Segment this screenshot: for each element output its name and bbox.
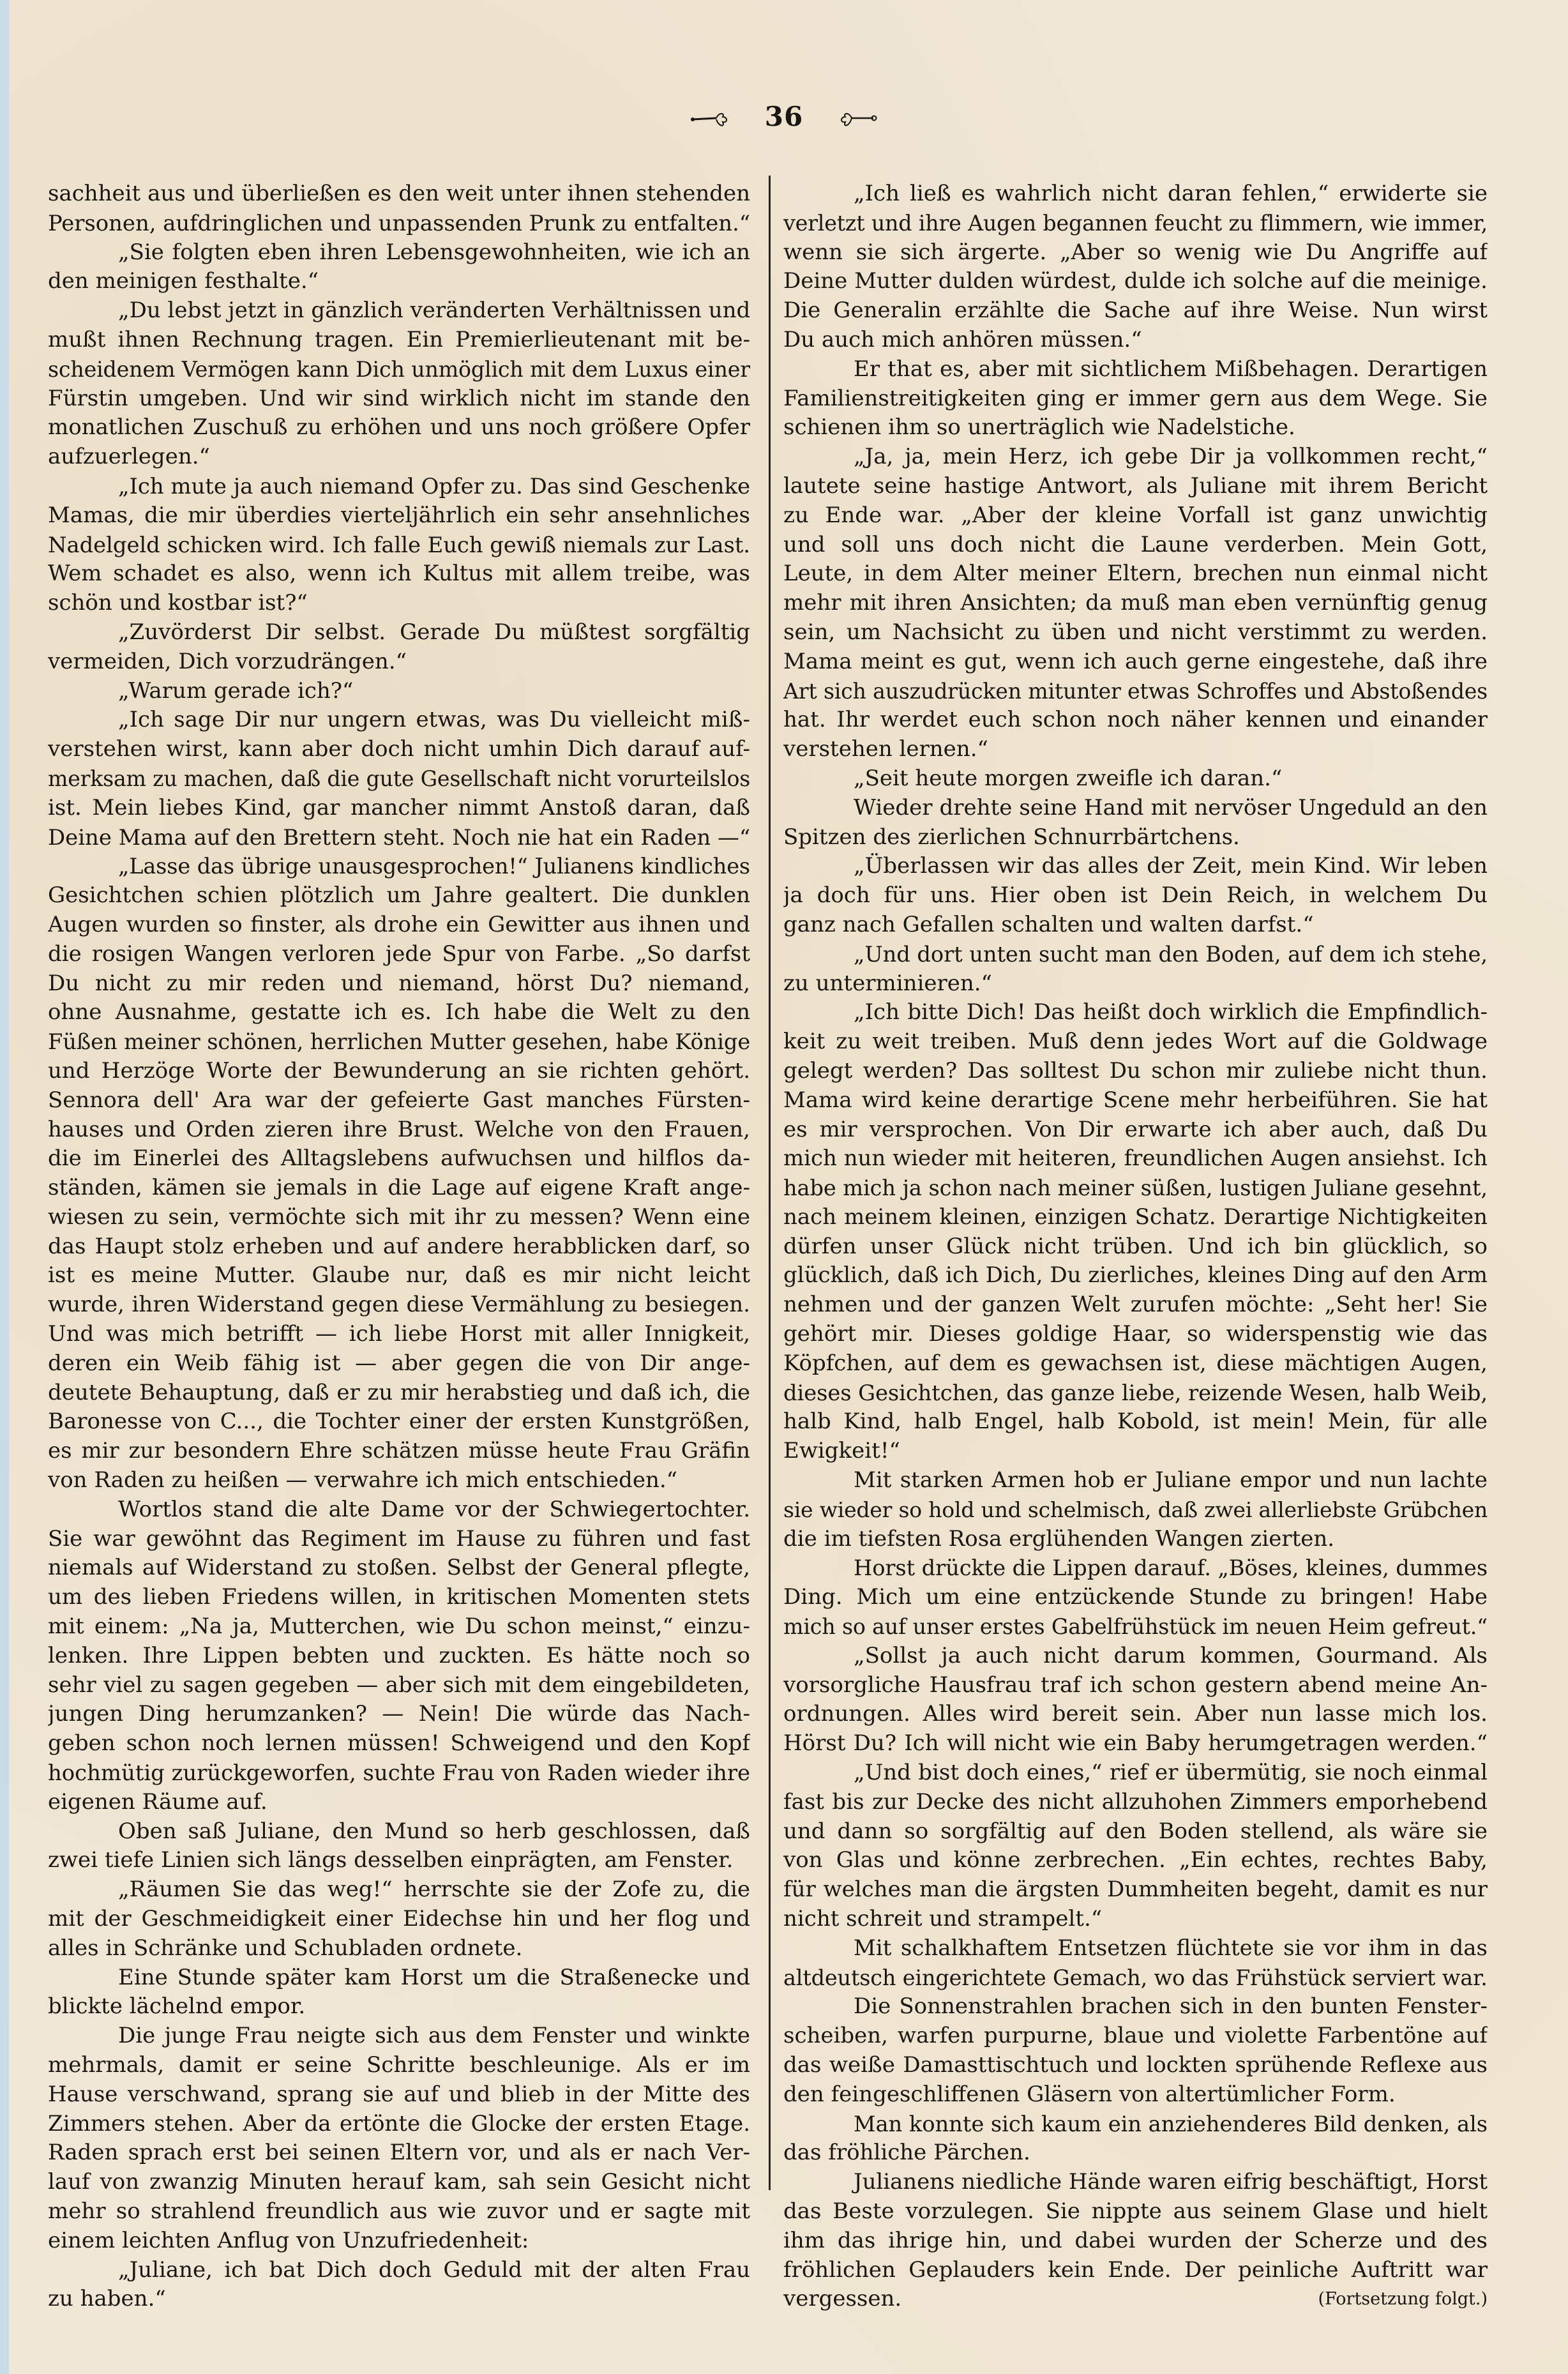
text-line: glücklich, daß ich Dich, Du zierliches, … xyxy=(783,1261,1488,1290)
text-line: mich so auf unser erstes Gabelfrühstück … xyxy=(783,1612,1488,1642)
text-line: mehr mit ihren Ansichten; da muß man ebe… xyxy=(783,589,1488,618)
text-line: wiesen zu sein, vermöchte sich mit ihr z… xyxy=(48,1203,750,1232)
text-line: wenn sie sich ärgerte. „Aber so wenig wi… xyxy=(783,238,1488,268)
text-line: „Sie folgten eben ihren Lebensgewohnheit… xyxy=(48,238,750,268)
text-line: Mamas, die mir überdies vierteljährlich … xyxy=(48,501,750,531)
text-line: Man konnte sich kaum ein anziehenderes B… xyxy=(783,2110,1488,2139)
text-line: und Herzöge Worte der Bewunderung an sie… xyxy=(48,1057,750,1086)
text-line: monatlichen Zuschuß zu erhöhen und uns n… xyxy=(48,413,750,442)
text-line: das fröhliche Pärchen. xyxy=(783,2138,1488,2168)
text-line: sehr viel zu sagen gegeben — aber sich m… xyxy=(48,1671,750,1700)
text-line: lauf von zwanzig Minuten herauf kam, sah… xyxy=(48,2168,750,2197)
text-line: Spitzen des zierlichen Schnurrbärtchens. xyxy=(783,823,1488,852)
text-line: Deine Mutter dulden würdest, dulde ich s… xyxy=(783,267,1488,296)
text-line: „Überlassen wir das alles der Zeit, mein… xyxy=(783,852,1488,881)
text-line: „Sollst ja auch nicht darum kommen, Gour… xyxy=(783,1642,1488,1671)
text-line: „Lasse das übrige unausgesprochen!“ Juli… xyxy=(48,852,750,881)
text-line: um des lieben Friedens willen, in kritis… xyxy=(48,1583,750,1612)
text-line: alles in Schränke und Schubladen ordnete… xyxy=(48,1934,750,1963)
text-line: eigenen Räume auf. xyxy=(48,1788,750,1817)
text-line: Du auch mich anhören müssen.“ xyxy=(783,326,1488,355)
text-line: Familienstreitigkeiten ging er immer ger… xyxy=(783,384,1488,414)
text-line: ist es meine Mutter. Glaube nur, daß es … xyxy=(48,1261,750,1290)
text-line: Augen wurden so finster, als drohe ein G… xyxy=(48,911,750,940)
text-line: Wieder drehte seine Hand mit nervöser Un… xyxy=(783,794,1488,823)
text-line: Fürstin umgeben. Und wir sind wirklich n… xyxy=(48,384,750,414)
text-line: es mir versprochen. Von Dir erwarte ich … xyxy=(783,1115,1488,1145)
text-line: Oben saß Juliane, den Mund so herb gesch… xyxy=(48,1817,750,1847)
text-line: von Glas und könne zerbrechen. „Ein echt… xyxy=(783,1846,1488,1875)
text-line: Ewigkeit!“ xyxy=(783,1437,1488,1466)
text-line: Nadelgeld schicken wird. Ich falle Euch … xyxy=(48,531,750,560)
text-line: „Zuvörderst Dir selbst. Gerade Du müßtes… xyxy=(48,618,750,647)
text-line: sachheit aus und überließen es den weit … xyxy=(48,179,750,209)
text-line: deutete Behauptung, daß er zu mir herabs… xyxy=(48,1379,750,1408)
text-line: habe mich ja schon nach meiner süßen, lu… xyxy=(783,1174,1488,1203)
text-line: „Und bist doch eines,“ rief er übermütig… xyxy=(783,1758,1488,1788)
text-line: hauses und Orden zieren ihre Brust. Welc… xyxy=(48,1115,750,1145)
ornament-left-icon xyxy=(691,103,729,135)
text-line: zu Ende war. „Aber der kleine Vorfall is… xyxy=(783,501,1488,531)
text-line: Hause verschwand, sprang sie auf und bli… xyxy=(48,2080,750,2110)
text-line: ordnungen. Alles wird bereit sein. Aber … xyxy=(783,1700,1488,1729)
text-line: Personen, aufdringlichen und unpassenden… xyxy=(48,209,750,238)
scan-edge xyxy=(0,0,9,2374)
text-line: mehrmals, damit er seine Schritte beschl… xyxy=(48,2051,750,2080)
text-line: Leute, in dem Alter meiner Eltern, brech… xyxy=(783,559,1488,589)
text-line: zu unterminieren.“ xyxy=(783,969,1488,999)
text-line: Mit starken Armen hob er Juliane empor u… xyxy=(783,1466,1488,1495)
text-line: wurde, ihren Widerstand gegen diese Verm… xyxy=(48,1290,750,1320)
text-line: Sennora dell' Ara war der gefeierte Gast… xyxy=(48,1086,750,1115)
text-line: mehr so strahlend freundlich aus wie zuv… xyxy=(48,2197,750,2227)
text-line: zwei tiefe Linien sich längs desselben e… xyxy=(48,1846,750,1875)
text-line: mit der Geschmeidigkeit einer Eidechse h… xyxy=(48,1905,750,1934)
page-header: 36 xyxy=(0,101,1568,135)
text-line: merksam zu machen, daß die gute Gesellsc… xyxy=(48,764,750,794)
text-line: den meinigen festhalte.“ xyxy=(48,267,750,296)
text-line: dieses Gesichtchen, das ganze liebe, rei… xyxy=(783,1379,1488,1408)
ornament-right-icon xyxy=(839,103,877,135)
text-line: Art sich auszudrücken mitunter etwas Sch… xyxy=(783,677,1488,706)
text-line: sein, um Nachsicht zu üben und nicht ver… xyxy=(783,618,1488,647)
text-line: Hörst Du? Ich will nicht wie ein Baby he… xyxy=(783,1729,1488,1758)
column-divider xyxy=(769,176,771,2190)
text-line: „Und dort unten sucht man den Boden, auf… xyxy=(783,940,1488,969)
text-line: Du nicht zu mir reden und niemand, hörst… xyxy=(48,969,750,999)
text-line: zu haben.“ xyxy=(48,2285,750,2314)
text-line: ständen, kämen sie jemals in die Lage au… xyxy=(48,1174,750,1203)
text-line: hochmütig zurückgeworfen, suchte Frau vo… xyxy=(48,1758,750,1788)
text-line: ihm das ihrige hin, und dabei wurden der… xyxy=(783,2227,1488,2256)
text-line: lenken. Ihre Lippen bebten und zuckten. … xyxy=(48,1642,750,1671)
text-line: Mit schalkhaftem Entsetzen flüchtete sie… xyxy=(783,1934,1488,1963)
text-line: verstehen wirst, kann aber doch nicht um… xyxy=(48,735,750,764)
text-line: „Juliane, ich bat Dich doch Geduld mit d… xyxy=(48,2256,750,2285)
text-line: „Ich mute ja auch niemand Opfer zu. Das … xyxy=(48,472,750,501)
text-line: das Beste vorzulegen. Sie nippte aus sei… xyxy=(783,2197,1488,2227)
text-line: ist. Mein liebes Kind, gar mancher nimmt… xyxy=(48,794,750,823)
text-line: „Räumen Sie das weg!“ herrschte sie der … xyxy=(48,1875,750,1905)
text-line: mußt ihnen Rechnung tragen. Ein Premierl… xyxy=(48,326,750,355)
text-line: Sie war gewöhnt das Regiment im Hause zu… xyxy=(48,1525,750,1554)
text-line: gelegt werden? Das solltest Du schon mir… xyxy=(783,1057,1488,1086)
text-line: das Haupt stolz erheben und auf andere h… xyxy=(48,1232,750,1262)
text-line: ganz nach Gefallen schalten und walten d… xyxy=(783,911,1488,940)
text-line: ja doch für uns. Hier oben ist Dein Reic… xyxy=(783,881,1488,911)
text-line: Raden sprach erst bei seinen Eltern vor,… xyxy=(48,2138,750,2168)
text-line: aufzuerlegen.“ xyxy=(48,442,750,472)
text-line: das weiße Damasttischtuch und lockten sp… xyxy=(783,2051,1488,2080)
text-line: Wem schadet es also, wenn ich Kultus mit… xyxy=(48,559,750,589)
text-line: und soll uns doch nicht die Laune verder… xyxy=(783,531,1488,560)
right-column: „Ich ließ es wahrlich nicht daran fehlen… xyxy=(783,179,1488,2314)
text-line: von Raden zu heißen — verwahre ich mich … xyxy=(48,1466,750,1495)
text-line: Er that es, aber mit sichtlichem Mißbeha… xyxy=(783,355,1488,384)
text-line: einem leichten Anflug von Unzufriedenhei… xyxy=(48,2227,750,2256)
text-line: vergessen.(Fortsetzung folgt.) xyxy=(783,2285,1488,2314)
text-line: jungen Ding herumzanken? — Nein! Die wür… xyxy=(48,1700,750,1729)
text-line: scheidenem Vermögen kann Dich unmöglich … xyxy=(48,355,750,384)
text-line: verletzt und ihre Augen begannen feucht … xyxy=(783,209,1488,238)
text-line: Köpfchen, auf dem es gewachsen ist, dies… xyxy=(783,1349,1488,1379)
text-line: Und was mich betrifft — ich liebe Horst … xyxy=(48,1320,750,1349)
text-line: schienen ihm so unerträglich wie Nadelst… xyxy=(783,413,1488,442)
text-line: scheiben, warfen purpurne, blaue und vio… xyxy=(783,2022,1488,2051)
text-line: Die Generalin erzählte die Sache auf ihr… xyxy=(783,296,1488,326)
text-line: Deine Mama auf den Brettern steht. Noch … xyxy=(48,823,750,852)
text-line: vorsorgliche Hausfrau traf ich schon ges… xyxy=(783,1671,1488,1700)
text-line: den feingeschliffenen Gläsern von altert… xyxy=(783,2080,1488,2110)
text-line: blickte lächelnd empor. xyxy=(48,1992,750,2022)
text-line: verstehen lernen.“ xyxy=(783,735,1488,764)
text-line: Mama wird keine derartige Scene mehr her… xyxy=(783,1086,1488,1115)
text-line: mich nun wieder mit heiteren, freundlich… xyxy=(783,1144,1488,1174)
text-line: hat. Ihr werdet euch schon noch näher ke… xyxy=(783,706,1488,735)
text-line: lautete seine hastige Antwort, als Julia… xyxy=(783,472,1488,501)
text-line: „Seit heute morgen zweifle ich daran.“ xyxy=(783,764,1488,794)
page-number: 36 xyxy=(765,101,803,132)
text-line: Ding. Mich um eine entzückende Stunde zu… xyxy=(783,1583,1488,1612)
text-line: Julianens niedliche Hände waren eifrig b… xyxy=(783,2168,1488,2197)
text-line: fröhlichen Geplauders kein Ende. Der pei… xyxy=(783,2256,1488,2285)
text-line: es mir zur besondern Ehre schätzen müsse… xyxy=(48,1437,750,1466)
text-line: die rosigen Wangen verloren jede Spur vo… xyxy=(48,940,750,969)
text-line: geben schon noch lernen müssen! Schweige… xyxy=(48,1729,750,1758)
text-line: die im Einerlei des Alltagslebens aufwuc… xyxy=(48,1144,750,1174)
text-line: nicht schreit und strampelt.“ xyxy=(783,1905,1488,1934)
text-line: keit zu weit treiben. Muß denn jedes Wor… xyxy=(783,1027,1488,1057)
text-line: nehmen und der ganzen Welt zurufen möcht… xyxy=(783,1290,1488,1320)
text-line: Die Sonnenstrahlen brachen sich in den b… xyxy=(783,1992,1488,2022)
text-line: und dann so sorgfältig auf den Boden ste… xyxy=(783,1817,1488,1847)
text-line: nach meinem kleinen, einzigen Schatz. De… xyxy=(783,1203,1488,1232)
text-line: mit einem: „Na ja, Mutterchen, wie Du sc… xyxy=(48,1612,750,1642)
text-line: ohne Ausnahme, gestatte ich es. Ich habe… xyxy=(48,998,750,1027)
text-line: altdeutsch eingerichtete Gemach, wo das … xyxy=(783,1963,1488,1993)
text-line: die im tiefsten Rosa erglühenden Wangen … xyxy=(783,1525,1488,1554)
text-line: „Ich sage Dir nur ungern etwas, was Du v… xyxy=(48,706,750,735)
left-column: sachheit aus und überließen es den weit … xyxy=(48,179,750,2314)
text-line: für welches man die ärgsten Dummheiten b… xyxy=(783,1875,1488,1905)
text-line: fast bis zur Decke des nicht allzuhohen … xyxy=(783,1788,1488,1817)
text-line: Mama meint es gut, wenn ich auch gerne e… xyxy=(783,647,1488,677)
text-line: „Ich ließ es wahrlich nicht daran fehlen… xyxy=(783,179,1488,209)
text-line: gehört mir. Dieses goldige Haar, so wide… xyxy=(783,1320,1488,1349)
text-line: „Warum gerade ich?“ xyxy=(48,677,750,706)
text-line: dürfen unser Glück nicht trüben. Und ich… xyxy=(783,1232,1488,1262)
text-line: niemals auf Widerstand zu stoßen. Selbst… xyxy=(48,1554,750,1583)
text-line: Die junge Frau neigte sich aus dem Fenst… xyxy=(48,2022,750,2051)
text-line: „Du lebst jetzt in gänzlich veränderten … xyxy=(48,296,750,326)
text-line: vermeiden, Dich vorzudrängen.“ xyxy=(48,647,750,677)
text-line: „Ich bitte Dich! Das heißt doch wirklich… xyxy=(783,998,1488,1027)
text-line: „Ja, ja, mein Herz, ich gebe Dir ja voll… xyxy=(783,442,1488,472)
text-line: Füßen meiner schönen, herrlichen Mutter … xyxy=(48,1027,750,1057)
text-line: Zimmers stehen. Aber da ertönte die Gloc… xyxy=(48,2110,750,2139)
text-line: Horst drückte die Lippen darauf. „Böses,… xyxy=(783,1554,1488,1583)
text-line: Wortlos stand die alte Dame vor der Schw… xyxy=(48,1495,750,1525)
text-line: deren ein Weib fähig ist — aber gegen di… xyxy=(48,1349,750,1379)
text-line: sie wieder so hold und schelmisch, daß z… xyxy=(783,1495,1488,1525)
text-line: Gesichtchen schien plötzlich um Jahre ge… xyxy=(48,881,750,911)
continuation-note: (Fortsetzung folgt.) xyxy=(1318,2285,1488,2314)
text-line: halb Kind, halb Engel, halb Kobold, ist … xyxy=(783,1407,1488,1437)
text-line: schön und kostbar ist?“ xyxy=(48,589,750,618)
text-line: Eine Stunde später kam Horst um die Stra… xyxy=(48,1963,750,1993)
text-line: Baronesse von C..., die Tochter einer de… xyxy=(48,1407,750,1437)
